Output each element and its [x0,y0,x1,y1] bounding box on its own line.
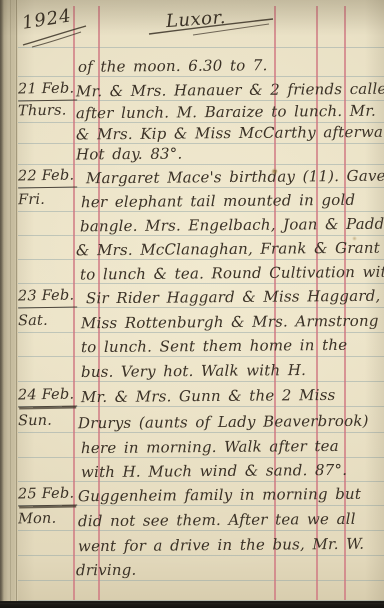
entry-text: her elephant tail mounted in gold [81,189,355,213]
page-title: Luxor. [165,7,226,33]
diary-photo: 1924 Luxor. of the moon. 6.30 to 7.21 Fe… [0,0,384,608]
entry-text: driving. [76,559,137,582]
entry-text: & Mrs. McClanaghan, Frank & Grant [76,237,380,262]
page-year: 1924 [21,5,74,35]
page-edge-crease [16,0,17,601]
entry-date: 21 Feb. [18,78,78,101]
entry-text: Sir Rider Haggard & Miss Haggard, [86,285,381,310]
entry-date: 24 Feb. [18,384,78,407]
ruled-line [6,47,384,48]
entry-day: Fri. [18,190,45,210]
ruled-line [6,600,384,601]
entry-text: to lunch & tea. Round Cultivation with H… [80,261,384,286]
entry-text: here in morning. Walk after tea [81,435,339,459]
ruled-line [6,580,384,581]
entry-day: Sat. [18,311,48,332]
background-bottom-strip [0,600,384,608]
entry-date: 23 Feb. [18,285,78,308]
notebook-page: 1924 Luxor. of the moon. 6.30 to 7.21 Fe… [0,0,384,601]
entry-text: Margaret Mace's birthday (11). Gave [86,165,384,190]
entry-text: with H. Much wind & sand. 87°. [81,459,347,483]
entry-day: Mon. [18,509,57,530]
entry-text: Miss Rottenburgh & Mrs. Armstrong [81,310,379,335]
entry-text: to lunch. Sent them home in the [81,334,347,358]
entry-text: Hot day. 83°. [76,143,183,166]
entry-day: Sun. [18,411,52,432]
entry-text: bus. Very hot. Walk with H. [81,359,306,383]
entry-text: Mr. & Mrs. Hanauer & 2 friends called [76,78,384,103]
page-left-edge [0,0,18,601]
entry-text: Drurys (aunts of Lady Beaverbrook) [78,410,369,435]
foxing-spot [271,168,278,175]
entry-text: & Mrs. Kip & Miss McCarthy afterwards. [76,121,384,146]
entry-date: 22 Feb. [18,165,78,188]
entry-day: Thurs. [18,101,67,122]
page-edge-crease [10,0,11,601]
entry-text: bangle. Mrs. Engelbach, Joan & Paddy, [80,213,384,238]
entry-text: Guggenheim family in morning but [78,483,361,507]
entry-text: Mr. & Mrs. Gunn & the 2 Miss [81,384,336,408]
entry-text: of the moon. 6.30 to 7. [78,54,268,78]
foxing-spot [352,236,357,241]
entry-text: did not see them. After tea we all [78,508,356,532]
entry-text: went for a drive in the bus, Mr. W. [78,533,364,557]
entry-date: 25 Feb. [18,483,78,506]
